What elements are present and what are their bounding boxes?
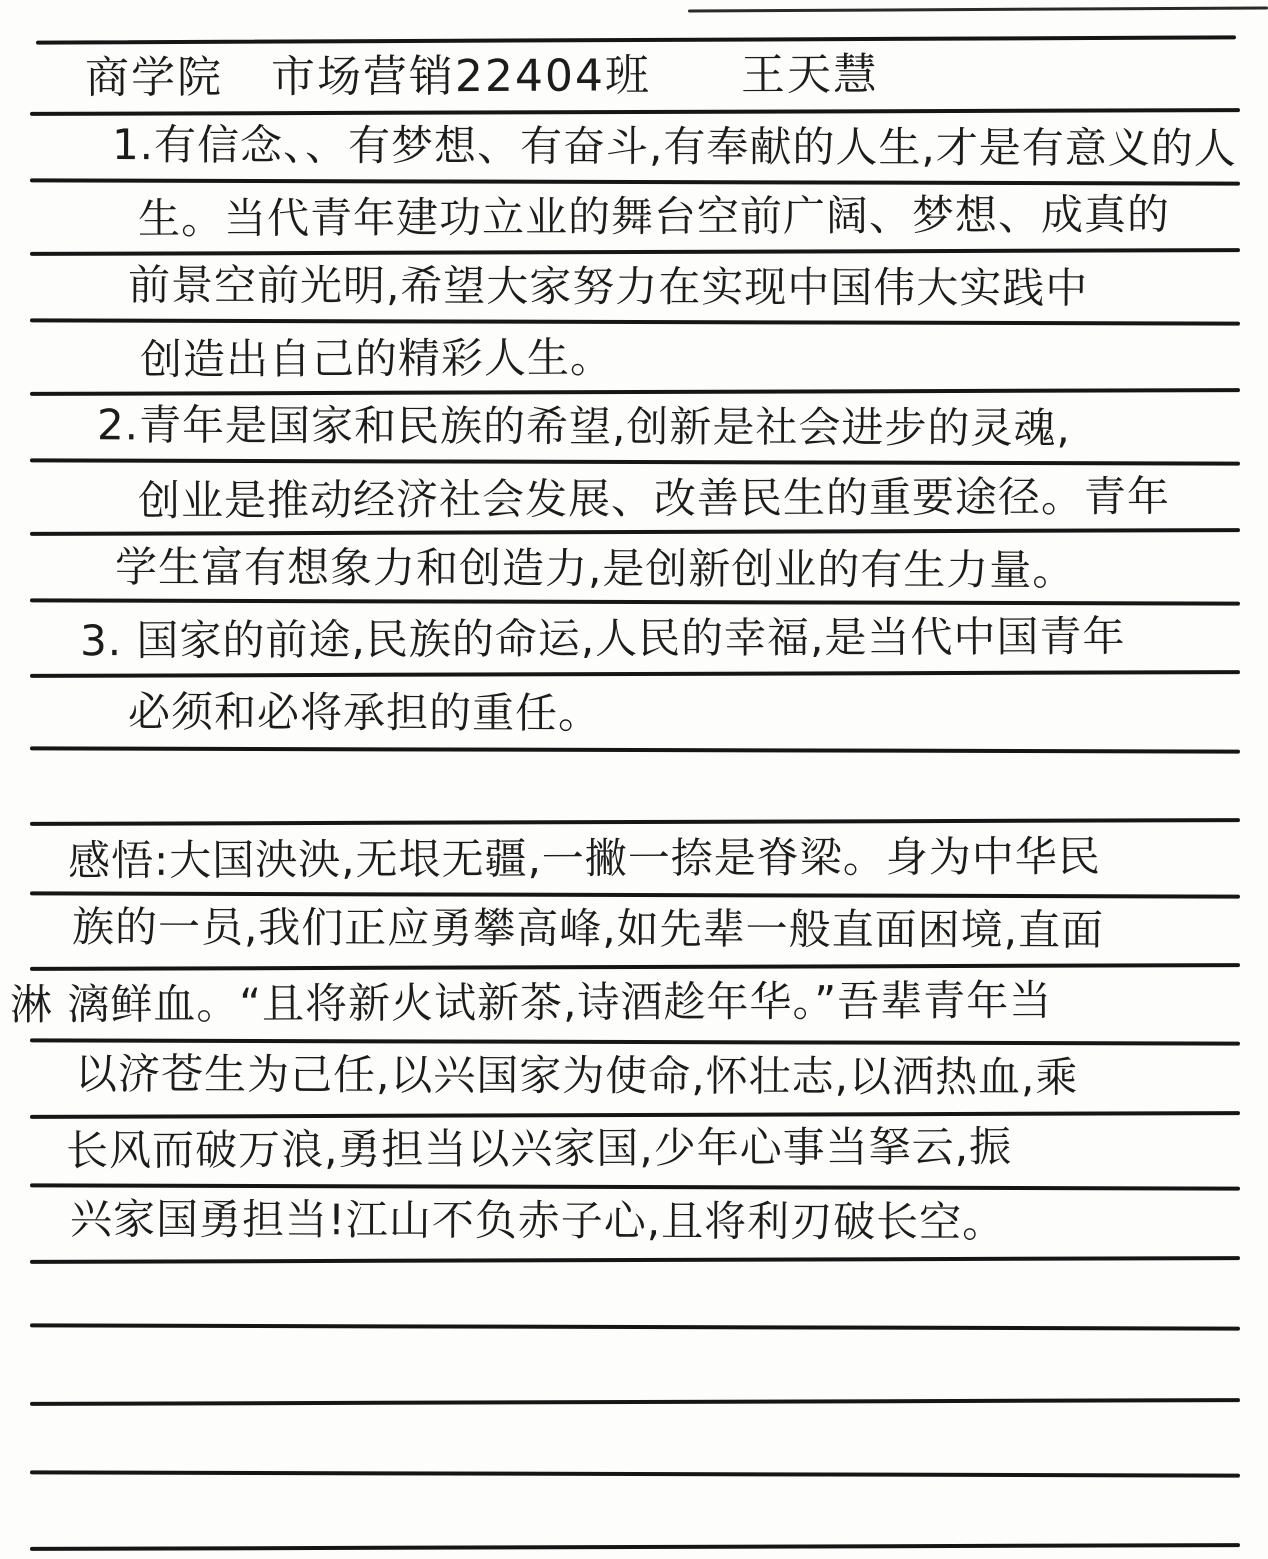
ruled-line <box>30 598 1240 605</box>
ruled-line-fragment <box>688 6 1268 12</box>
ruled-line <box>30 248 1240 256</box>
ruled-line <box>30 108 1240 116</box>
ruled-line <box>30 670 1240 678</box>
class-name: 市场营销22404班 <box>271 50 651 103</box>
ruled-line <box>30 1323 1240 1330</box>
ruled-line <box>30 318 1240 325</box>
student-name: 王天慧 <box>741 49 879 101</box>
handwritten-line: 族的一员,我们正应勇攀高峰,如先辈一般直面困境,直面 <box>72 906 1104 952</box>
ruled-line <box>30 388 1240 396</box>
ruled-line <box>30 178 1240 185</box>
page-header: 商学院市场营销22404班王天慧 <box>85 53 879 100</box>
ruled-line <box>30 746 1240 753</box>
handwritten-line: 创业是推动经济社会发展、改善民生的重要途径。青年 <box>138 476 1170 523</box>
ruled-line <box>30 458 1240 465</box>
ruled-line <box>30 1543 1240 1551</box>
handwritten-line: 前景空前光明,希望大家努力在实现中国伟大实践中 <box>128 264 1089 309</box>
handwritten-line: 感悟:大国泱泱,无垠无疆,一撇一捺是脊梁。身为中华民 <box>68 836 1101 883</box>
ruled-line <box>30 1398 1240 1406</box>
ruled-line <box>36 35 1236 44</box>
ruled-line <box>30 891 1240 898</box>
handwritten-line: 兴家国勇担当!江山不负赤子心,且将利刃破长空。 <box>70 1198 1005 1243</box>
ruled-line <box>30 963 1240 971</box>
ruled-line <box>30 1038 1240 1045</box>
school-name: 商学院 <box>85 52 223 104</box>
handwritten-line: 长风而破万浪,勇担当以兴家国,少年心事当拏云,振 <box>66 1126 1012 1172</box>
notebook-page: 商学院市场营销22404班王天慧 1.有信念、、有梦想、有奋斗,有奉献的人生,才… <box>0 0 1268 1559</box>
handwritten-line: 3. 国家的前途,民族的命运,人民的幸福,是当代中国青年 <box>80 616 1126 663</box>
handwritten-line: 创造出自己的精彩人生。 <box>140 337 613 381</box>
handwritten-line: 学生富有想象力和创造力,是创新创业的有生力量。 <box>115 546 1076 591</box>
handwritten-line: 淋 漓鲜血。“且将新火试新茶,诗酒趁年华。”吾辈青年当 <box>10 980 1052 1027</box>
handwritten-line: 生。当代青年建功立业的舞台空前广阔、梦想、成真的 <box>138 194 1170 241</box>
handwritten-line: 必须和必将承担的重任。 <box>128 691 601 735</box>
ruled-line <box>30 528 1240 536</box>
handwritten-line: 1.有信念、、有梦想、有奋斗,有奉献的人生,才是有意义的人 <box>112 124 1237 170</box>
ruled-line <box>30 1111 1240 1119</box>
ruled-line <box>30 1183 1240 1190</box>
handwritten-line: 以济苍生为己任,以兴国家为使命,怀壮志,以洒热血,乘 <box>75 1053 1079 1099</box>
handwritten-line: 2.青年是国家和民族的希望,创新是社会进步的灵魂, <box>97 404 1071 449</box>
ruled-line <box>30 1470 1240 1477</box>
ruled-line <box>30 818 1240 826</box>
ruled-line <box>30 1256 1240 1264</box>
